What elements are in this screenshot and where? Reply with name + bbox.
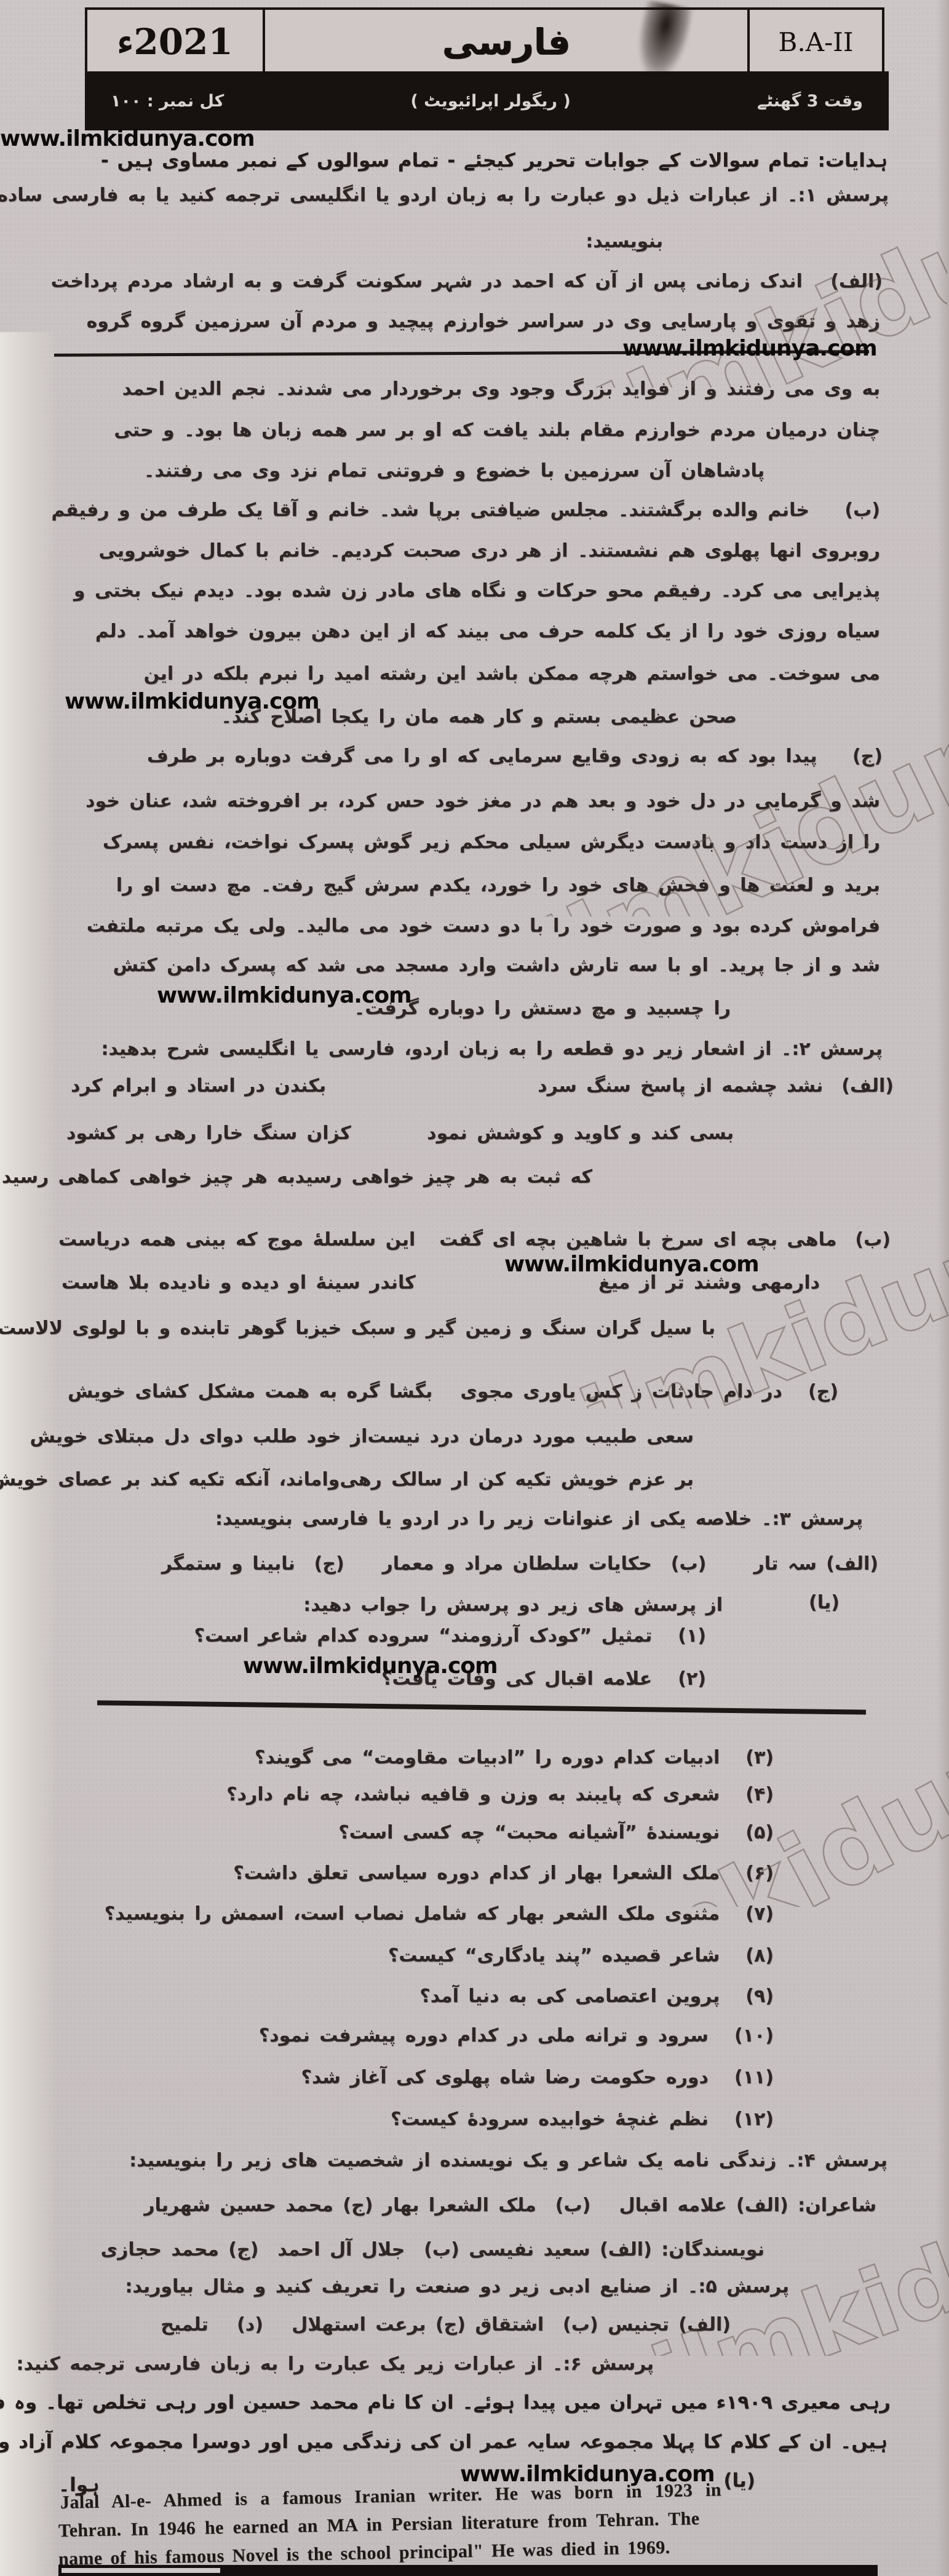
couplet-right: (ج)در دام حادثات ز کس یاوری مجوی <box>460 1381 838 1402</box>
question-3-options: (الف) سہ تار (ب) حکایات سلطان مراد و معم… <box>162 1553 878 1575</box>
sub-question-number: (۲) <box>678 1668 706 1690</box>
item-marker: (ب) <box>844 499 880 521</box>
sub-question-number: (۱) <box>678 1625 706 1647</box>
passage-c: (ج) پیدا بود که به زودی وقایع سرمایی که … <box>147 745 883 767</box>
paper-header: 2021ء فارسی B.A-II <box>85 7 884 76</box>
watermark: www.ilmkidunya.com <box>460 2462 715 2487</box>
class-code: B.A-II <box>747 10 882 74</box>
passage-line: می سوخت۔ می خواستم هرچه ممکن باشد این رش… <box>144 663 880 685</box>
question-1-intro-cont: بنویسید: <box>586 231 663 252</box>
exam-year: 2021ء <box>87 10 265 74</box>
sub-question-number: (۶) <box>745 1862 774 1884</box>
scan-edge-left <box>0 332 57 2576</box>
watermark: www.ilmkidunya.com <box>243 1653 498 1679</box>
question-1-intro: پرسش ۱:۔ از عبارات ذیل دو عبارت را به زب… <box>0 185 889 206</box>
watermark: www.ilmkidunya.com <box>65 689 319 714</box>
watermark: www.ilmkidunya.com <box>0 126 255 151</box>
sub-question: (۵)نویسندهٔ ”آشیانه محبت“ چه کسی است؟ <box>338 1822 774 1843</box>
couplet-left: کاندر سینهٔ او دیده و نادیده بلا هاست <box>62 1272 416 1294</box>
passage-line: پیدا بود که به زودی وقایع سرمایی که او ر… <box>147 745 817 767</box>
sub-question-number: (۴) <box>745 1784 774 1805</box>
scan-edge-right <box>937 0 949 2576</box>
couplet-left: بگشا گره به همت مشکل کشای خویش <box>68 1381 432 1402</box>
sub-question: (۶)ملک الشعرا بهار از کدام دوره سیاسی تع… <box>233 1862 774 1884</box>
couplet: (الف)نشد چشمه از پاسخ سنگ سرد بکندن در ا… <box>71 1075 894 1097</box>
sub-question-number: (۸) <box>745 1945 774 1966</box>
sub-question-number: (۱۱) <box>734 2067 774 2088</box>
passage-line: پذیرایی می کرد۔ رفیقم محو حرکات و نگاه ه… <box>74 580 880 602</box>
question-5-intro: پرسش ۵:۔ از صنایع ادبی زیر دو صنعت را تع… <box>125 2276 790 2297</box>
sub-question: (۱)تمثیل ”کودک آرزومند“ سروده کدام شاعر … <box>194 1625 706 1647</box>
question-2-intro: پرسش ۲:۔ از اشعار زیر دو قطعه را به زبان… <box>101 1038 883 1060</box>
passage-line: شد و گرمایی در دل خود و بعد هم در مغز خو… <box>85 790 880 812</box>
info-bar: وقت 3 گھنٹے ( ریگولر اپرائیویٹ ) کل نمبر… <box>85 71 889 130</box>
couplet-left: بکندن در استاد و ابرام کرد <box>71 1075 326 1097</box>
or-marker: (یا) <box>809 1592 840 1613</box>
sub-question-number: (۱۰) <box>734 2025 774 2046</box>
passage-line: اندک زمانی پس از آن که احمد در شہر سکونت… <box>51 271 803 292</box>
or-marker: (یا) <box>723 2470 755 2492</box>
bottom-table-cell <box>58 2565 223 2576</box>
couplet-right: با سیل گران سنگ و زمین گیر و سبک خیز <box>309 1318 715 1339</box>
couplet: بسی کند و کاوید و کوشش نمود کزان سنگ خار… <box>66 1123 734 1144</box>
sub-question-number: (۹) <box>745 1986 774 2007</box>
couplet-left: واماند، آنکه تکیه کند بر عصای خویش <box>0 1469 339 1490</box>
couplet-left: با گوهر تابنده و با لولوی لالاست <box>0 1318 309 1339</box>
sub-question-number: (۱۲) <box>734 2109 774 2130</box>
question-4-poets: شاعران: (الف) علامه اقبال (ب) ملک الشعرا… <box>144 2195 876 2216</box>
passage-a: (الف) اندک زمانی پس از آن که احمد در شہر… <box>51 271 883 292</box>
passage-line: زهد و تقوی و پارسایی وی در سراسر خوارزم … <box>87 311 880 332</box>
couplet: بر عزم خویش تکیه کن ار سالک رهی واماند، … <box>71 1469 694 1490</box>
paper-type: ( ریگولر اپرائیویٹ ) <box>410 92 570 111</box>
couplet-left: به هر چیز خواهی کماهی رسید <box>2 1166 295 1188</box>
item-marker: (ب) <box>855 1229 891 1250</box>
couplet-left: کزان سنگ خارا رهی بر کشود <box>66 1123 351 1144</box>
passage-line: خانم والده برگشتند۔ مجلس ضیافتی برپا شد۔… <box>51 499 809 521</box>
question-5-options: (الف) تجنیس (ب) اشتقاق (ج) برعت استهلال … <box>161 2314 731 2335</box>
question-3-intro: پرسش ۳:۔ خلاصه یکی از عنوانات زیر را در … <box>215 1508 863 1530</box>
couplet-right: (ب)ماهی بچه ای سرخ با شاهین بچه ای گفت <box>439 1229 891 1250</box>
scanned-exam-page: www.ilmkidunya.com www.ilmkidunya.com ww… <box>0 0 949 2576</box>
sub-question: (۴)شعری که پایبند به وزن و قافیه نباشد، … <box>226 1784 774 1805</box>
english-passage-line: Tehran. In 1946 he earned an MA in Persi… <box>58 2508 700 2542</box>
section-divider <box>97 1700 866 1714</box>
question-4-intro: پرسش ۴:۔ زندگی نامه یک شاعر و یک نویسنده… <box>129 2150 887 2171</box>
couplet: (ج)در دام حادثات ز کس یاوری مجوی بگشا گر… <box>68 1381 838 1402</box>
couplet: سعی طبیب مورد درمان درد نیست از خود طلب … <box>71 1426 694 1447</box>
item-marker: (الف) <box>841 1075 894 1097</box>
passage-line: سیاه روزی خود را از یک کلمه حرف می بیند … <box>95 621 880 642</box>
urdu-passage-line: رہی معیری ۱۹۰۹ء میں تہران میں پیدا ہوئے۔… <box>0 2391 891 2414</box>
watermark-outline: www.ilmkidunya.com <box>185 547 949 916</box>
total-marks: کل نمبر : ۱۰۰ <box>111 92 224 111</box>
couplet-right: (الف)نشد چشمه از پاسخ سنگ سرد <box>538 1075 894 1097</box>
bottom-table-cutoff <box>58 2565 878 2576</box>
couplet-left: از خود طلب دوای دل مبتلای خویش <box>30 1426 367 1447</box>
couplet-right: بر عزم خویش تکیه کن ار سالک رهی <box>339 1469 694 1490</box>
instructions: ہدایات: تمام سوالات کے جوابات تحریر کیجئ… <box>101 149 887 172</box>
sub-question: (۱۰)سرود و ترانه ملی در کدام دوره پیشرفت… <box>259 2025 774 2046</box>
sub-question: (۳)ادبیات کدام دوره را ”ادبیات مقاومت“ م… <box>255 1747 774 1768</box>
question-4-writers: نویسندگان: (الف) سعید نفیسی (ب) جلال آل … <box>101 2239 764 2260</box>
couplet: با سیل گران سنگ و زمین گیر و سبک خیز با … <box>58 1318 715 1339</box>
item-marker: (ج) <box>852 745 883 767</box>
couplet-right: سعی طبیب مورد درمان درد نیست <box>367 1426 694 1447</box>
watermark: www.ilmkidunya.com <box>622 336 877 361</box>
item-marker: (ج) <box>808 1381 838 1402</box>
item-marker: (الف) <box>830 271 883 292</box>
passage-line: پادشاهان آن سرزمین با خضوع و فروتنی تمام… <box>144 460 764 482</box>
passage-line: شد و از جا پرید۔ او با سه تارش داشت وارد… <box>113 955 880 976</box>
couplet-right: بسی کند و کاوید و کوشش نمود <box>427 1123 734 1144</box>
passage-line: برید و لعنت ها و فحش های خود را خورد، یک… <box>116 875 880 896</box>
watermark: www.ilmkidunya.com <box>157 983 411 1008</box>
sub-question: (۷)مثنوی ملک الشعر بهار که شامل نصاب است… <box>105 1903 774 1925</box>
passage-line: روبروی انها پهلوی هم نشستند۔ از هر دری ص… <box>98 540 880 562</box>
sub-question: (۱۱)دوره حکومت رضا شاه پهلوی کی آغاز شد؟ <box>301 2067 774 2088</box>
watermark: www.ilmkidunya.com <box>504 1252 759 1277</box>
couplet: که ثبت به هر چیز خواهی رسید به هر چیز خو… <box>58 1166 592 1188</box>
sub-question: (۱۲)نظم غنچهٔ خوابیده سرودهٔ کیست؟ <box>391 2109 774 2130</box>
sub-question-number: (۵) <box>745 1822 774 1843</box>
question-6-intro: پرسش ۶:۔ از عبارات زیر یک عبارت را به زب… <box>17 2353 654 2375</box>
sub-question: (۸)شاعر قصیده ”پند یادگاری“ کیست؟ <box>388 1945 774 1966</box>
passage-line: فراموش کرده بود و صورت خود را با دو دست … <box>87 915 880 937</box>
passage-line: را از دست داد و بادست دیگرش سیلی محکم زی… <box>103 832 880 853</box>
sub-question: (۹)پروین اعتصامی کی به دنیا آمد؟ <box>419 1986 774 2007</box>
exam-time: وقت 3 گھنٹے <box>757 92 863 111</box>
couplet-left: این سلسلهٔ موج که بینی همه دریاست <box>58 1229 415 1250</box>
or-text: از پرسش های زیر دو پرسش را جواب دهید: <box>303 1594 723 1616</box>
sub-question-number: (۳) <box>745 1747 774 1768</box>
couplet: (ب)ماهی بچه ای سرخ با شاهین بچه ای گفت ا… <box>58 1229 891 1250</box>
couplet-right: که ثبت به هر چیز خواهی رسید <box>295 1166 592 1188</box>
passage-b: (ب) خانم والده برگشتند۔ مجلس ضیافتی برپا… <box>51 499 880 521</box>
urdu-passage-line: ہیں۔ ان کے کلام کا پہلا مجموعہ سایہ عمر … <box>0 2431 887 2453</box>
passage-line: چنان درمیان مردم خوارزم مقام بلند یافت ک… <box>114 419 880 441</box>
passage-line: به وی می رفتند و از فواید بزرگ وجود وی ب… <box>122 378 880 400</box>
sub-question-number: (۷) <box>745 1903 774 1925</box>
